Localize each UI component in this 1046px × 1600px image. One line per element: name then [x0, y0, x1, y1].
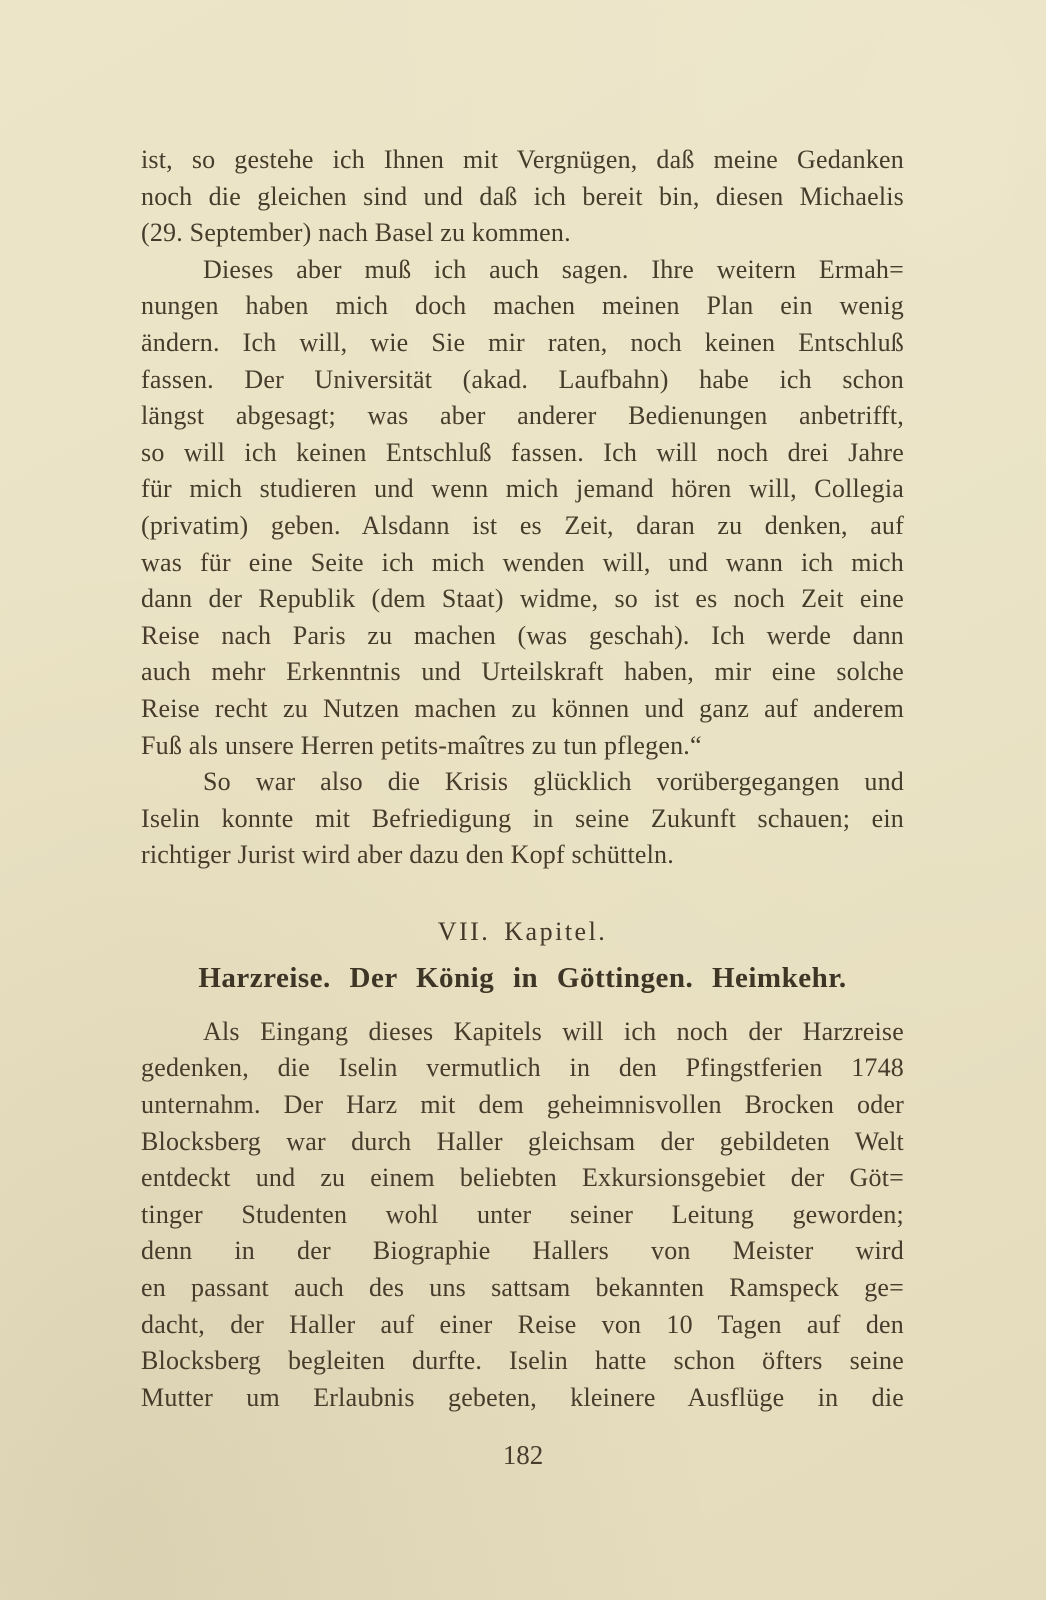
- text-line: für mich studieren und wenn mich jemand …: [141, 471, 904, 508]
- text-line: en passant auch des uns sattsam bekannte…: [141, 1270, 904, 1307]
- text-line: (29. September) nach Basel zu kommen.: [141, 215, 904, 252]
- chapter-subheading: Harzreise. Der König in Göttingen. Heimk…: [141, 958, 904, 998]
- text-line: längst abgesagt; was aber anderer Bedien…: [141, 398, 904, 435]
- text-line: ändern. Ich will, wie Sie mir raten, noc…: [141, 325, 904, 362]
- text-line: gedenken, die Iselin vermutlich in den P…: [141, 1050, 904, 1087]
- text-line: Reise nach Paris zu machen (was geschah)…: [141, 618, 904, 655]
- text-line: Mutter um Erlaubnis gebeten, kleinere Au…: [141, 1380, 904, 1417]
- text-line: was für eine Seite ich mich wenden will,…: [141, 545, 904, 582]
- text-line: nungen haben mich doch machen meinen Pla…: [141, 288, 904, 325]
- text-block: ist, so gestehe ich Ihnen mit Vergnügen,…: [141, 142, 904, 1416]
- text-line: ist, so gestehe ich Ihnen mit Vergnügen,…: [141, 142, 904, 179]
- book-page-scan: ist, so gestehe ich Ihnen mit Vergnügen,…: [0, 0, 1046, 1600]
- text-line: so will ich keinen Entschluß fassen. Ich…: [141, 435, 904, 472]
- text-line: Blocksberg war durch Haller gleichsam de…: [141, 1124, 904, 1161]
- text-line: So war also die Krisis glücklich vorüber…: [141, 764, 904, 801]
- text-line: noch die gleichen sind und daß ich berei…: [141, 179, 904, 216]
- text-line: unternahm. Der Harz mit dem geheimnisvol…: [141, 1087, 904, 1124]
- text-line: Blocksberg begleiten durfte. Iselin hatt…: [141, 1343, 904, 1380]
- chapter-heading: VII. Kapitel.: [141, 914, 904, 950]
- text-line: dacht, der Haller auf einer Reise von 10…: [141, 1307, 904, 1344]
- text-line: (privatim) geben. Alsdann ist es Zeit, d…: [141, 508, 904, 545]
- text-line: Als Eingang dieses Kapitels will ich noc…: [141, 1014, 904, 1051]
- text-line: Fuß als unsere Herren petits-maîtres zu …: [141, 728, 904, 765]
- text-line: tinger Studenten wohl unter seiner Leitu…: [141, 1197, 904, 1234]
- text-line: Reise recht zu Nutzen machen zu können u…: [141, 691, 904, 728]
- text-line: Dieses aber muß ich auch sagen. Ihre wei…: [141, 252, 904, 289]
- text-line: denn in der Biographie Hallers von Meist…: [141, 1233, 904, 1270]
- text-line: richtiger Jurist wird aber dazu den Kopf…: [141, 837, 904, 874]
- text-line: fassen. Der Universität (akad. Laufbahn)…: [141, 362, 904, 399]
- text-line: entdeckt und zu einem beliebten Exkursio…: [141, 1160, 904, 1197]
- page-number: 182: [0, 1437, 1046, 1473]
- text-line: Iselin konnte mit Befriedigung in seine …: [141, 801, 904, 838]
- text-line: auch mehr Erkenntnis und Urteilskraft ha…: [141, 654, 904, 691]
- text-line: dann der Republik (dem Staat) widme, so …: [141, 581, 904, 618]
